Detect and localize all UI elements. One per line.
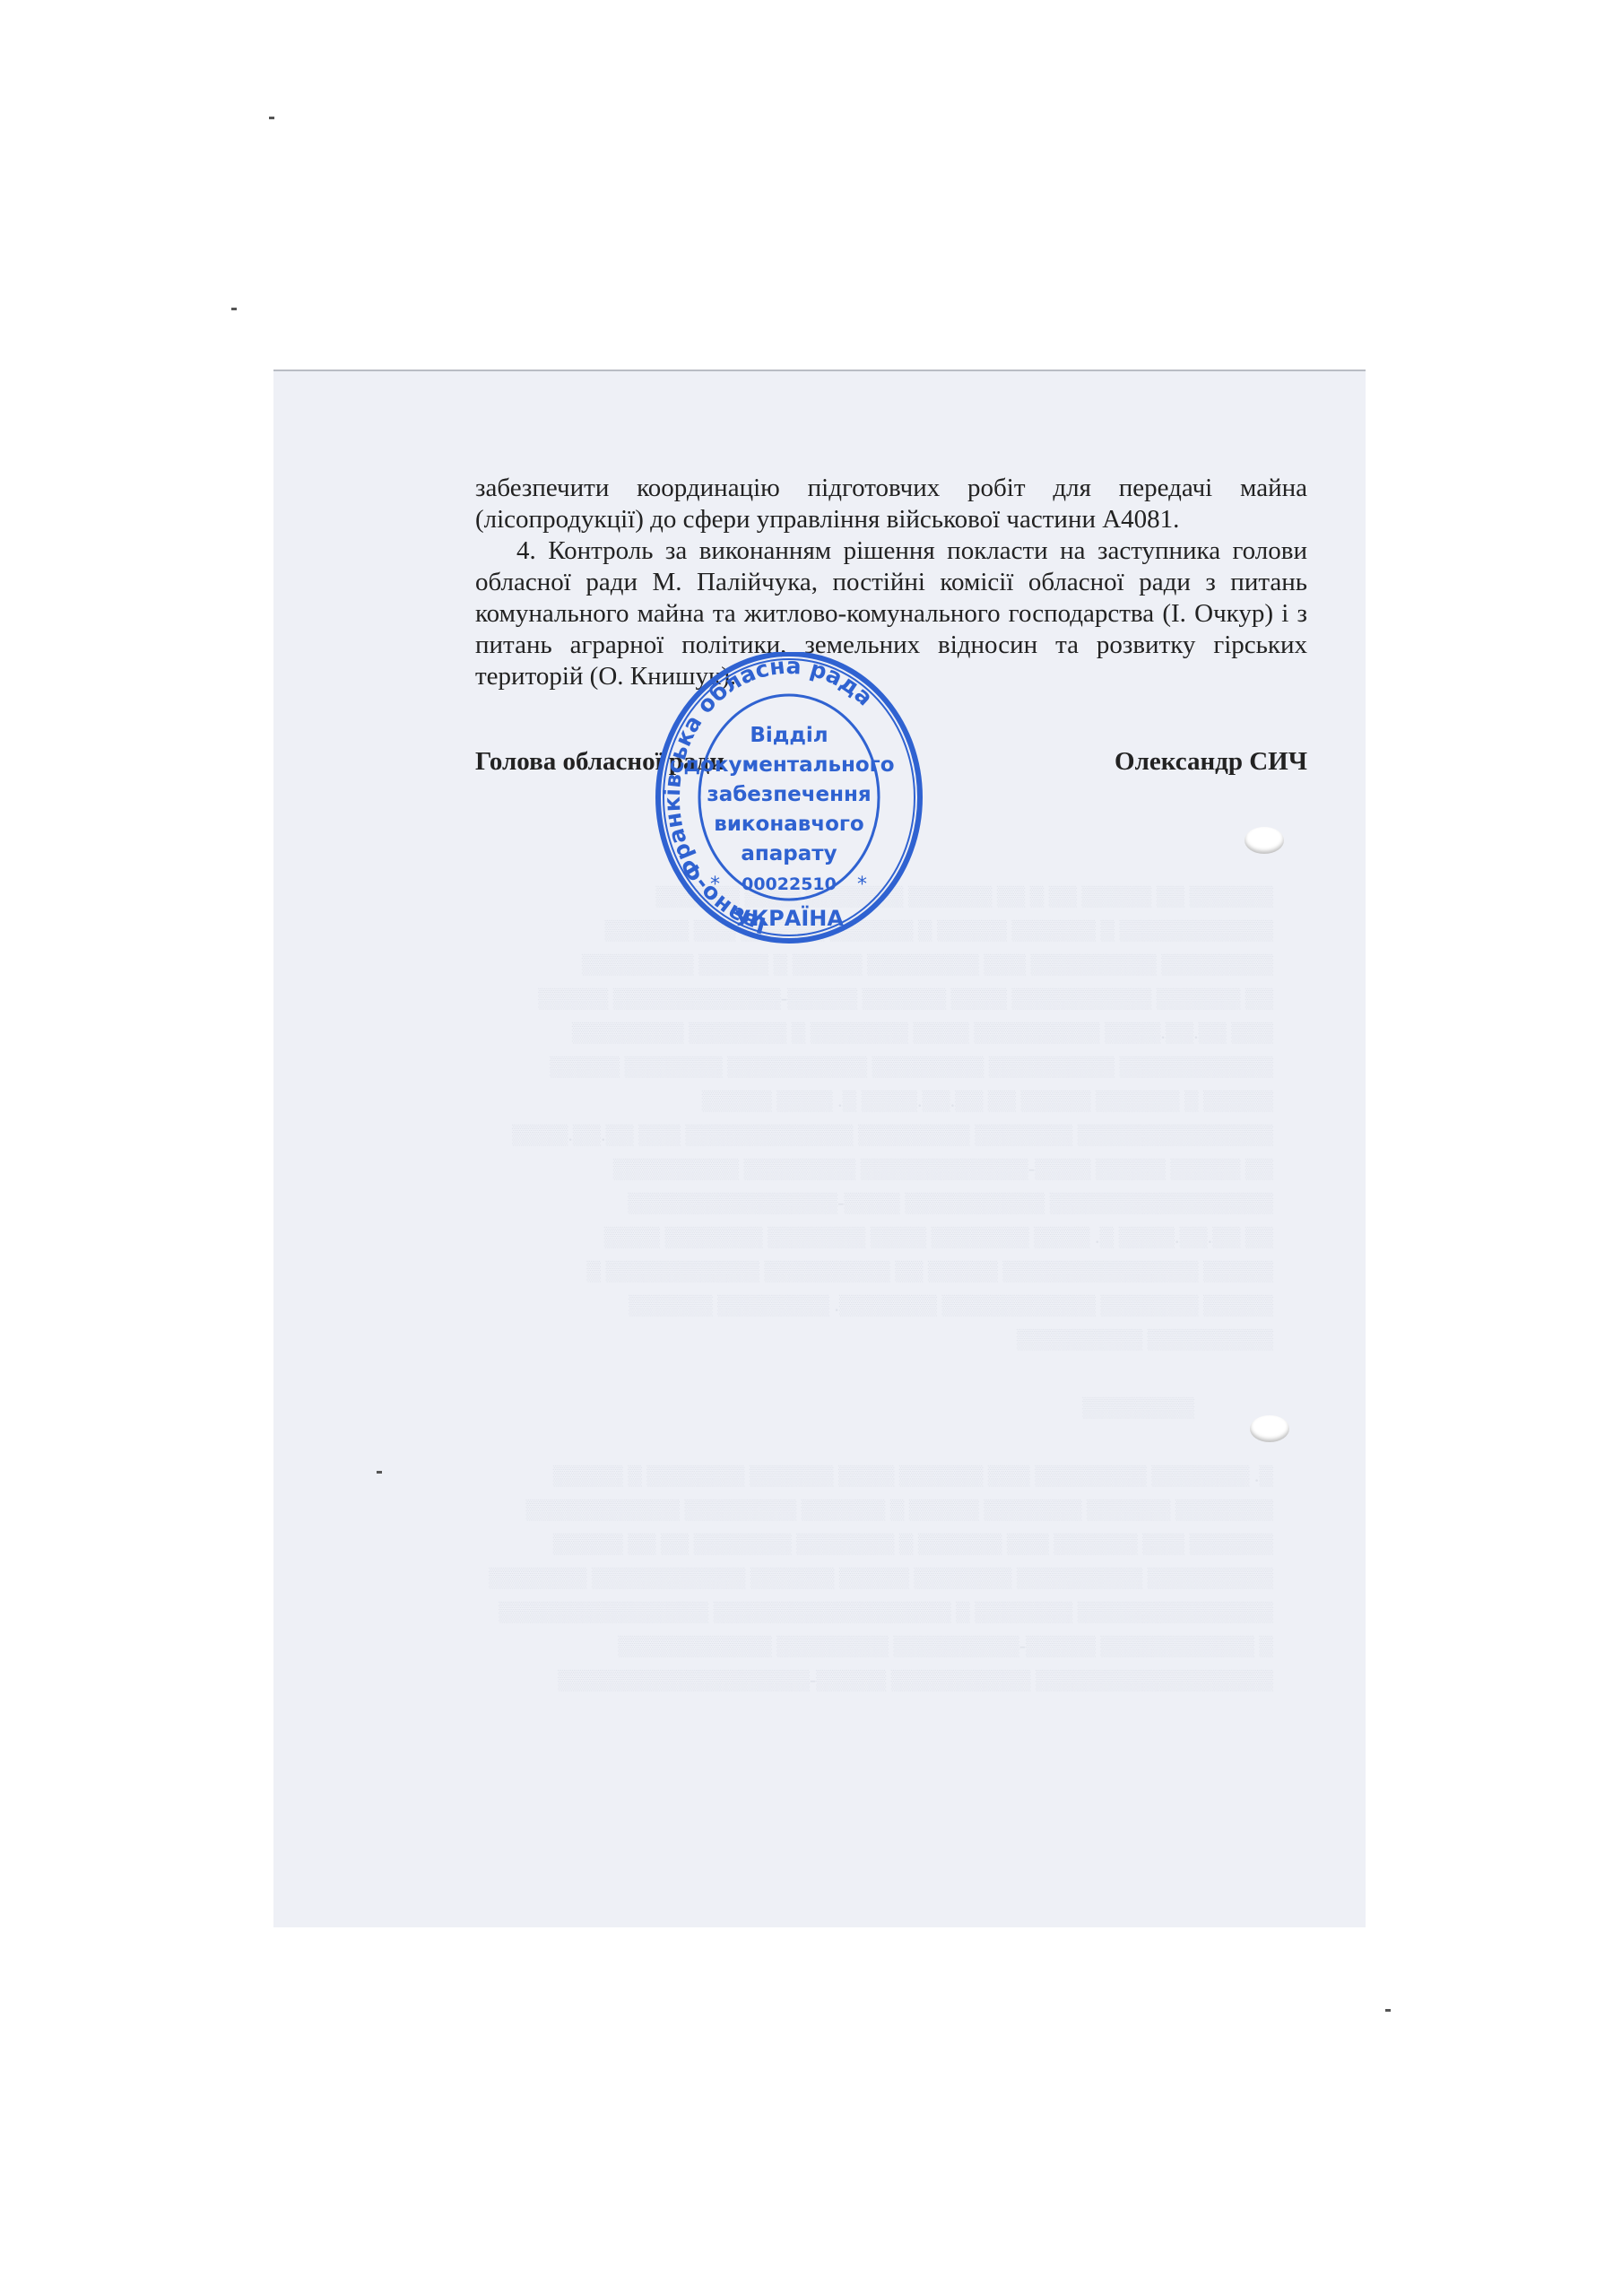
scan-speck (269, 117, 274, 119)
stamp-bottom-text: УКРАЇНА (734, 905, 844, 931)
stamp-star-icon: * (857, 874, 867, 896)
signatory-name: Олександр СИЧ (1115, 747, 1307, 777)
punch-hole (1250, 1415, 1289, 1442)
official-seal-stamp: Івано-Франківська обласна рада УКРАЇНА *… (655, 652, 924, 944)
scan-speck (377, 1471, 382, 1474)
svg-text:Відділ: Відділ (750, 724, 828, 747)
bleed-through-text: ▒▒▒▒▒▒ ▒▒ ▒▒▒▒▒ ▒▒ ▒ ▒▒ ▒▒▒▒▒▒ ▒▒▒▒▒▒▒ ▒… (377, 879, 1273, 1697)
scan-speck (231, 308, 237, 310)
svg-text:виконавчого: виконавчого (714, 813, 863, 836)
svg-text:апарату: апарату (741, 842, 837, 865)
paragraph-continuation: забезпечити координацію підготовчих робі… (475, 473, 1307, 535)
svg-text:забезпечення: забезпечення (707, 783, 871, 806)
stamp-star-icon: * (710, 874, 720, 896)
stamp-center-text: Відділдокументальногозабезпеченнявиконав… (683, 724, 894, 894)
scan-speck (1385, 2009, 1391, 2012)
svg-text:документального: документального (683, 753, 894, 777)
punch-hole (1245, 827, 1284, 854)
svg-text:00022510: 00022510 (742, 874, 837, 894)
